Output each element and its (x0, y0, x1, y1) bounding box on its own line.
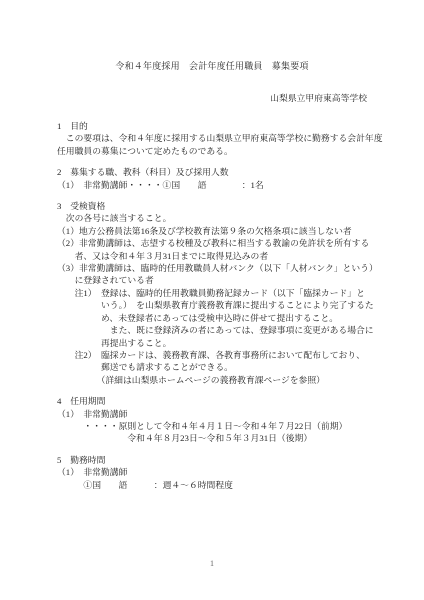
doc-line: 注2） 臨採カードは、義務教育課、各教育事務所において配布しており、 (57, 349, 404, 361)
doc-line: また、既に登録済みの者にあっては、登録事項に変更がある場合に (57, 324, 404, 336)
doc-line: （1） 非常勤講師・・・・①国 語 ：1名 (57, 179, 404, 191)
doc-line: め、未登録者にあっては受検申込時に併せて提出すること。 (57, 312, 404, 324)
page-number: 1 (0, 559, 424, 568)
doc-line: 者、又は令和４年３月31日までに取得見込みの者 (57, 250, 404, 262)
doc-line: 2 募集する職、教科（科目）及び採用人数 (57, 166, 404, 178)
document-page: 令和４年度採用 会計年度任用職員 募集要項 山梨県立甲府東高等学校 1 目的 こ… (0, 0, 424, 600)
doc-line: ①国 語 ：週４～６時間程度 (57, 479, 404, 491)
doc-line: 5 勤務時間 (57, 454, 404, 466)
doc-line: この要項は、令和４年度に採用する山梨県立甲府東高等学校に勤務する会計年度 (57, 132, 404, 144)
doc-line: （詳細は山梨県ホームページの義務教育課ページを参照） (57, 374, 404, 386)
doc-line: 4 任用期間 (57, 395, 404, 407)
doc-line: いう。） を山梨県教育庁義務教育課に提出することにより完了するた (57, 299, 404, 311)
doc-line: に登録されている者 (57, 274, 404, 286)
doc-line: 郵送でも請求することができる。 (57, 361, 404, 373)
doc-line: 次の各号に該当すること。 (57, 212, 404, 224)
doc-line: （3）非常勤講師は、臨時的任用教職員人材バンク（以下「人材バンク」という） (57, 262, 404, 274)
doc-line: （2）非常勤講師は、志望する校種及び教科に相当する教諭の免許状を所有する (57, 237, 404, 249)
doc-line: ・・・・原則として令和４年４月１日～令和４年７月22日（前期） (57, 420, 404, 432)
doc-line: （1） 非常勤講師 (57, 408, 404, 420)
school-name: 山梨県立甲府東高等学校 (0, 91, 424, 104)
document-body: 1 目的 この要項は、令和４年度に採用する山梨県立甲府東高等学校に勤務する会計年… (0, 120, 424, 491)
document-title: 令和４年度採用 会計年度任用職員 募集要項 (0, 59, 424, 72)
doc-line: 令和４年８月23日～令和５年３月31日（後期） (57, 432, 404, 444)
doc-line: 再提出すること。 (57, 337, 404, 349)
doc-line: 1 目的 (57, 120, 404, 132)
doc-line: 3 受検資格 (57, 200, 404, 212)
doc-line: （1）地方公務員法第16条及び学校教育法第９条の欠格条項に該当しない者 (57, 225, 404, 237)
doc-line: 任用職員の募集について定めたものである。 (57, 145, 404, 157)
doc-line: （1） 非常勤講師 (57, 466, 404, 478)
doc-line: 注1） 登録は、臨時的任用教職員勤務記録カード（以下「臨採カード」と (57, 287, 404, 299)
